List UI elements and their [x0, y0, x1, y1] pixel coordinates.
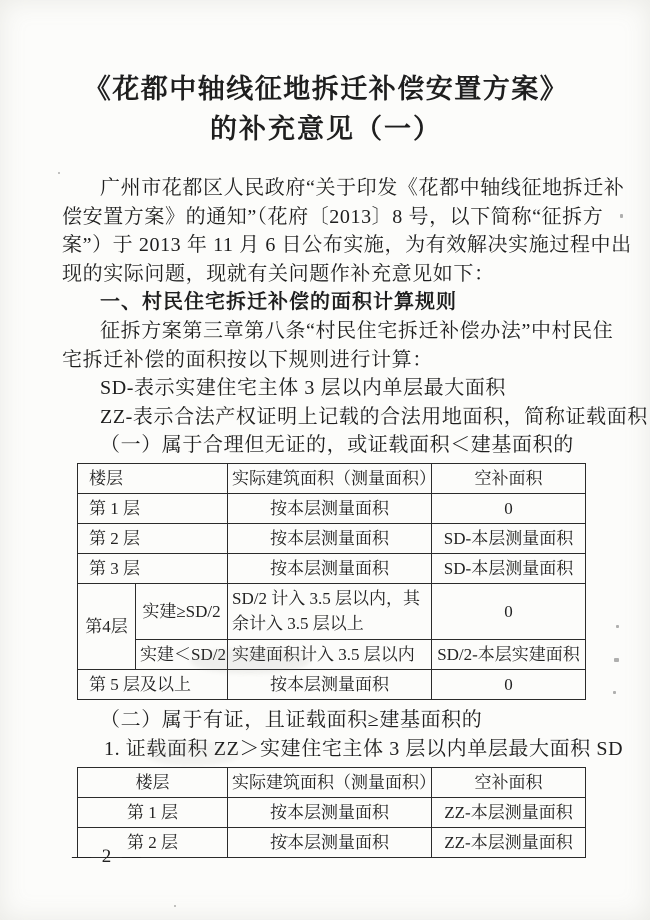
title-line-2: 的补充意见（一） [62, 108, 590, 150]
scan-speck [620, 214, 623, 218]
header-cell-area: 实际建筑面积（测量面积） [228, 463, 432, 493]
scan-speck [286, 836, 288, 838]
definition-sd: SD-表示实建住宅主体 3 层以内单层最大面积 [62, 374, 590, 403]
cell-area: 按本层测量面积 [228, 798, 432, 828]
cell-area: 按本层测量面积 [228, 523, 432, 553]
cell-gap: SD-本层测量面积 [432, 553, 586, 583]
scan-speck [174, 905, 176, 907]
scan-speck [616, 625, 619, 628]
table-row-header: 楼层 实际建筑面积（测量面积） 空补面积 [78, 463, 586, 493]
cell-gap: SD/2-本层实建面积 [432, 639, 586, 669]
header-cell-floor: 楼层 [78, 463, 228, 493]
table-row: 第 2 层 按本层测量面积 ZZ-本层测量面积 [78, 828, 586, 858]
scan-speck [620, 247, 624, 250]
table-row: 第 3 层 按本层测量面积 SD-本层测量面积 [78, 553, 586, 583]
table-row-header: 楼层 实际建筑面积（测量面积） 空补面积 [78, 768, 586, 798]
case1-heading: （一）属于合理但无证的，或证载面积＜建基面积的 [62, 431, 590, 460]
cell-gap: 0 [432, 493, 586, 523]
scan-speck [58, 172, 60, 174]
scan-speck [614, 658, 619, 662]
paragraph1-line1: 广州市花都区人民政府“关于印发《花都中轴线征地拆迁补 [62, 174, 590, 203]
table-row: 第 2 层 按本层测量面积 SD-本层测量面积 [78, 523, 586, 553]
cell-floor-4: 第4层 [78, 583, 136, 669]
scanned-document-page: 《花都中轴线征地拆迁补偿安置方案》 的补充意见（一） 广州市花都区人民政府“关于… [0, 0, 650, 920]
table-row: 第4层 实建≥SD/2 SD/2 计入 3.5 层以内，其余计入 3.5 层以上… [78, 583, 586, 639]
compensation-table-case2: 楼层 实际建筑面积（测量面积） 空补面积 第 1 层 按本层测量面积 ZZ-本层… [77, 767, 586, 858]
header-cell-gap: 空补面积 [432, 463, 586, 493]
cell-area: 按本层测量面积 [228, 669, 432, 699]
cell-gap: SD-本层测量面积 [432, 523, 586, 553]
scan-smudge [145, 742, 240, 766]
paragraph2-line1: 征拆方案第三章第八条“村民住宅拆迁补偿办法”中村民住 [62, 317, 590, 346]
header-cell-floor: 楼层 [78, 768, 228, 798]
paragraph1-line3: 案”）于 2013 年 11 月 6 日公布实施，为有效解决实施过程中出 [62, 231, 590, 260]
document-body: 广州市花都区人民政府“关于印发《花都中轴线征地拆迁补 偿安置方案》的通知”（花府… [62, 174, 590, 858]
table-row: 第 5 层及以上 按本层测量面积 0 [78, 669, 586, 699]
scan-smudge [190, 648, 310, 674]
cell-condition: 实建≥SD/2 [136, 583, 228, 639]
cell-area: SD/2 计入 3.5 层以内，其余计入 3.5 层以上 [228, 583, 432, 639]
cell-gap: ZZ-本层测量面积 [432, 828, 586, 858]
header-cell-area: 实际建筑面积（测量面积） [228, 768, 432, 798]
page-number: — 2 — [72, 846, 144, 868]
table-row: 第 1 层 按本层测量面积 ZZ-本层测量面积 [78, 798, 586, 828]
scan-speck [613, 691, 616, 694]
section-heading: 一、村民住宅拆迁补偿的面积计算规则 [62, 288, 590, 317]
compensation-table-case1: 楼层 实际建筑面积（测量面积） 空补面积 第 1 层 按本层测量面积 0 第 2… [77, 463, 586, 700]
table-row: 实建＜SD/2 实建面积计入 3.5 层以内 SD/2-本层实建面积 [78, 639, 586, 669]
cell-area: 按本层测量面积 [228, 828, 432, 858]
paragraph2-line2: 宅拆迁补偿的面积按以下规则进行计算： [62, 346, 590, 375]
cell-gap: 0 [432, 669, 586, 699]
document-title: 《花都中轴线征地拆迁补偿安置方案》 的补充意见（一） [62, 70, 590, 150]
cell-floor: 第 1 层 [78, 493, 228, 523]
case2-item1: 1. 证载面积 ZZ＞实建住宅主体 3 层以内单层最大面积 SD [62, 735, 590, 764]
cell-area: 按本层测量面积 [228, 493, 432, 523]
cell-floor: 第 5 层及以上 [78, 669, 228, 699]
cell-area: 按本层测量面积 [228, 553, 432, 583]
title-line-1: 《花都中轴线征地拆迁补偿安置方案》 [62, 70, 590, 108]
definition-zz: ZZ-表示合法产权证明上记载的合法用地面积，简称证载面积 [62, 403, 590, 432]
page-content: 《花都中轴线征地拆迁补偿安置方案》 的补充意见（一） 广州市花都区人民政府“关于… [0, 0, 650, 858]
cell-floor: 第 1 层 [78, 798, 228, 828]
header-cell-gap: 空补面积 [432, 768, 586, 798]
cell-gap: ZZ-本层测量面积 [432, 798, 586, 828]
paragraph1-line2: 偿安置方案》的通知”（花府〔2013〕8 号，以下简称“征拆方 [62, 203, 590, 232]
cell-floor: 第 2 层 [78, 523, 228, 553]
cell-gap: 0 [432, 583, 586, 639]
table-row: 第 1 层 按本层测量面积 0 [78, 493, 586, 523]
case2-heading: （二）属于有证，且证载面积≥建基面积的 [62, 706, 590, 735]
paragraph1-line4: 现的实际问题，现就有关问题作补充意见如下： [62, 260, 590, 289]
cell-floor: 第 3 层 [78, 553, 228, 583]
